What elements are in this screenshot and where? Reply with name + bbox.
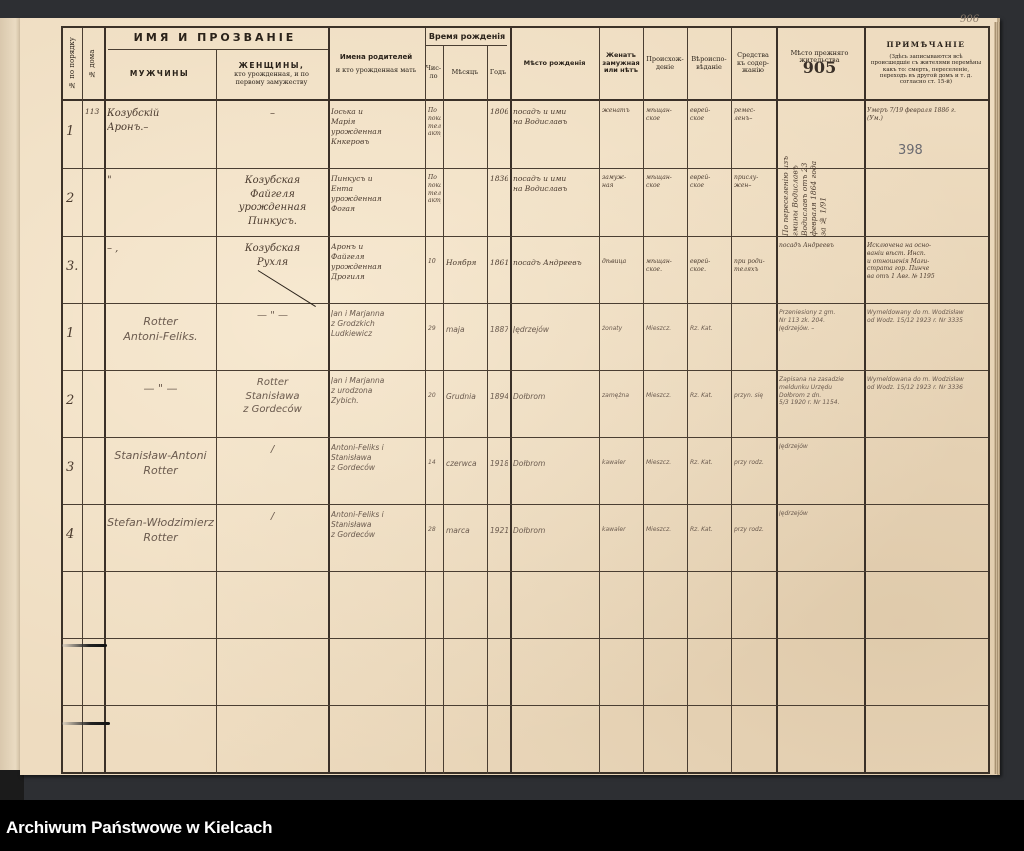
cell-women: – — [219, 107, 326, 166]
cell-day: 10 — [428, 258, 441, 317]
header-parents-title: Имена родителей — [340, 53, 412, 61]
cell-notes: Исключена на осно- ваніи вѣст. Инсп. и о… — [867, 242, 986, 301]
column-divider — [510, 28, 512, 774]
cell-prev-residence-vertical: По переселенію изъ гмины Водиславъ Водис… — [781, 108, 859, 236]
cell-seq: 2 — [66, 190, 80, 250]
cell-parents: Jan i Marjanna z urodzona Zybich. — [331, 376, 423, 435]
header-prev-residence: Мѣсто прежняго жительства 905 — [776, 28, 863, 99]
cell-birthplace: Dołbrom — [513, 459, 597, 518]
cell-religion: Rz. Kat. — [690, 392, 729, 451]
header-parents-subtitle: и кто урожденная мать — [336, 67, 417, 74]
header-house-number: № дома — [82, 28, 102, 99]
cell-year: 1921 — [490, 526, 508, 585]
cell-prev-residence: Zapisana na zasadzie meldunku Urzędu Doł… — [779, 376, 862, 435]
cell-month: marca — [446, 526, 485, 585]
cell-year: 1918 — [490, 459, 508, 518]
binding-thread-bottom — [62, 722, 110, 725]
cell-origin — [646, 593, 685, 652]
header-month: Мѣсяцъ — [443, 46, 487, 99]
cell-parents — [331, 577, 423, 636]
header-women-subtitle: кто урожденная, и по первому замужеству — [216, 70, 327, 87]
column-divider — [487, 46, 488, 774]
cell-birthplace: Dołbrom — [513, 392, 597, 451]
cell-month — [446, 660, 485, 719]
cell-religion: еврей- ское — [690, 174, 729, 234]
cell-men: – , — [107, 242, 214, 301]
cell-year: 1861 — [490, 258, 508, 317]
cell-men — [107, 650, 214, 709]
cell-day — [428, 660, 441, 719]
header-parents: Имена родителей и кто урожденная мать — [328, 28, 424, 99]
column-divider — [776, 28, 778, 774]
cell-birthplace: посадъ и ими на Водиславъ — [513, 107, 597, 166]
cell-month: Ноября — [446, 258, 485, 317]
cell-house — [85, 510, 102, 569]
cell-prev-residence: Przeniesiony z gm. Nr 113 zk. 204. Jędrz… — [779, 309, 862, 368]
header-notes: ПРИМѢЧАНІЕ (Здѣсь записываются всѣ проис… — [864, 28, 988, 99]
cell-religion — [690, 593, 729, 652]
header-seq-number: № по порядку — [63, 28, 81, 99]
cell-women: Rotter Stanisława z Gordeców — [219, 376, 326, 435]
archive-name: Archiwum Państwowe w Kielcach — [6, 818, 272, 838]
header-birthplace: Мѣсто рожденія — [511, 28, 598, 99]
cell-married: дѣвица — [602, 258, 641, 317]
column-divider — [82, 28, 83, 774]
pencil-annotation: 398 — [898, 143, 923, 158]
scan-background: 906 № по порядку № дома ИМЯ И ПРОЗВАНІЕ … — [0, 0, 1024, 800]
cell-birthplace: посадъ и ими на Водиславъ — [513, 174, 597, 234]
cell-notes: Умеръ 7/19 февраля 1886 г. (Ум.) — [867, 107, 986, 166]
cell-day: 14 — [428, 459, 441, 518]
column-divider — [216, 50, 217, 774]
cell-origin: Mieszcz. — [646, 526, 685, 585]
population-register-table: № по порядку № дома ИМЯ И ПРОЗВАНІЕ МУЖЧ… — [61, 26, 990, 774]
cell-means: przyn. się — [734, 392, 774, 451]
cell-notes — [867, 443, 986, 502]
header-name-group: ИМЯ И ПРОЗВАНІЕ — [104, 28, 326, 48]
cell-men: Rotter Antoni-Feliks. — [107, 315, 214, 374]
cell-means — [734, 660, 774, 719]
header-religion: Вѣроиспо-вѣданіе — [687, 28, 731, 99]
cell-seq: 1 — [66, 325, 80, 384]
archive-footer: Archiwum Państwowe w Kielcach — [0, 800, 1024, 851]
cell-year — [490, 660, 508, 719]
column-divider — [425, 28, 426, 774]
cell-origin: мѣщан- ское — [646, 174, 685, 234]
cell-women: / — [219, 443, 326, 502]
cell-birthplace — [513, 660, 597, 719]
cell-month: maja — [446, 325, 485, 384]
cell-parents: Antoni-Feliks i Stanisława z Gordeców — [331, 510, 423, 569]
cell-religion: Rz. Kat. — [690, 526, 729, 585]
header-notes-subtitle: (Здѣсь записываются всѣ происшедшіе съ ж… — [864, 50, 988, 86]
header-women-title: ЖЕНЩИНЫ, — [239, 62, 305, 71]
column-divider — [599, 28, 600, 774]
cell-women: Козубская Рухля — [219, 242, 326, 301]
cell-parents: Antoni-Feliks i Stanisława z Gordeców — [331, 443, 423, 502]
cell-married: kawaler — [602, 459, 641, 518]
cell-religion: еврей- ское — [690, 107, 729, 166]
cell-house — [85, 376, 102, 435]
cell-prev-residence: посадъ Андреевъ — [779, 242, 862, 301]
cell-year: 1836 — [490, 174, 508, 234]
cell-origin — [646, 660, 685, 719]
cell-house — [85, 443, 102, 502]
cell-married: żonaty — [602, 325, 641, 384]
cell-origin: Mieszcz. — [646, 392, 685, 451]
header-origin: Происхож-деніе — [643, 28, 687, 99]
cell-married: замуж- ная — [602, 174, 641, 234]
cell-house — [85, 309, 102, 368]
cell-day: 29 — [428, 325, 441, 384]
cell-men: " — [107, 174, 214, 234]
cell-house — [85, 644, 102, 703]
cell-notes — [867, 174, 986, 234]
cell-origin: мѣщан- ское. — [646, 258, 685, 317]
binding-thread-top — [62, 644, 107, 647]
column-divider — [643, 28, 644, 774]
cell-means: прислу- жен– — [734, 174, 774, 234]
cell-parents: Іоська и Марія урожденная Кнкеровъ — [331, 107, 423, 166]
page-corner-number: 906 — [960, 14, 979, 25]
row-divider — [63, 236, 988, 237]
cell-parents — [331, 644, 423, 703]
cell-married — [602, 660, 641, 719]
cell-parents: Аронъ и Файгеля урожденная Дрогиля — [331, 242, 423, 301]
header-year: Годъ — [487, 46, 509, 99]
column-divider — [328, 28, 330, 774]
cell-married — [602, 593, 641, 652]
cell-means: przy rodz. — [734, 526, 774, 585]
cell-men: — " — — [107, 382, 214, 441]
header-means: Средства къ содер-жанію — [731, 28, 775, 99]
cell-year — [490, 593, 508, 652]
cell-means: przy rodz. — [734, 459, 774, 518]
cell-seq: 4 — [66, 526, 80, 585]
cell-notes — [867, 510, 986, 569]
cell-notes — [867, 644, 986, 703]
column-divider — [104, 28, 106, 774]
cell-women: Козубская Файгеля урожденная Пинкусъ. — [219, 174, 326, 234]
cell-women — [219, 577, 326, 636]
cell-year: 1887 — [490, 325, 508, 384]
cell-seq — [66, 660, 80, 719]
cell-birthplace: Dołbrom — [513, 526, 597, 585]
cell-women — [219, 644, 326, 703]
cell-parents: Jan i Marjanna z Grodzkich Ludkiewicz — [331, 309, 423, 368]
header-men: МУЖЧИНЫ — [104, 50, 215, 99]
page-stack-edge — [994, 22, 1000, 774]
cell-prev-residence: Jędrzejów — [779, 443, 862, 502]
header-notes-title: ПРИМѢЧАНІЕ — [887, 41, 966, 50]
cell-married: женатъ — [602, 107, 641, 166]
cell-notes: Wymeldowany do m. Wodzisław od Wodz. 15/… — [867, 309, 986, 368]
header-birth-group: Время рожденія — [425, 28, 509, 45]
cell-prev-residence — [779, 577, 862, 636]
cell-house: 113 — [85, 107, 102, 166]
cell-month — [446, 107, 485, 166]
cell-means — [734, 325, 774, 384]
cell-religion: Rz. Kat. — [690, 325, 729, 384]
cell-month: czerwca — [446, 459, 485, 518]
header-day: Чис-ло — [425, 46, 442, 99]
cell-house — [85, 174, 102, 234]
cell-means: при роди- теляхъ — [734, 258, 774, 317]
cell-birthplace: Jędrzejów — [513, 325, 597, 384]
column-divider — [864, 28, 866, 774]
column-divider — [731, 28, 732, 774]
cell-parents: Пинкусъ и Ента урожденная Фогая — [331, 174, 423, 234]
cell-women: / — [219, 510, 326, 569]
header-women: ЖЕНЩИНЫ, кто урожденная, и по первому за… — [216, 50, 327, 99]
cell-day: По показа- тельному акту — [428, 107, 441, 166]
cell-origin: Mieszcz. — [646, 325, 685, 384]
cell-seq: 3 — [66, 459, 80, 518]
cell-house — [85, 242, 102, 301]
cell-day: 28 — [428, 526, 441, 585]
cell-religion: Rz. Kat. — [690, 459, 729, 518]
cell-year: 1894 — [490, 392, 508, 451]
cell-married: zamężna — [602, 392, 641, 451]
column-divider — [687, 28, 688, 774]
cell-seq: 3. — [66, 258, 80, 317]
cell-seq: 2 — [66, 392, 80, 451]
cell-means — [734, 593, 774, 652]
cell-prev-residence — [779, 644, 862, 703]
cell-prev-residence: Jędrzejów — [779, 510, 862, 569]
cell-birthplace: посадъ Андреевъ — [513, 258, 597, 317]
cell-origin: Mieszcz. — [646, 459, 685, 518]
cell-birthplace — [513, 593, 597, 652]
cell-religion — [690, 660, 729, 719]
cell-men: Stanisław-Antoni Rotter — [107, 449, 214, 508]
cell-day — [428, 593, 441, 652]
cell-notes — [867, 577, 986, 636]
cell-men: Stefan-Włodzimierz Rotter — [107, 516, 214, 575]
header-bottom-rule — [63, 99, 988, 101]
cell-month — [446, 174, 485, 234]
cell-means: ремес- ленъ– — [734, 107, 774, 166]
cell-day: 20 — [428, 392, 441, 451]
column-divider — [443, 46, 444, 774]
cell-day: По показа- тельному акту — [428, 174, 441, 234]
cell-religion: еврей- ское. — [690, 258, 729, 317]
cell-married: kawaler — [602, 526, 641, 585]
cell-month — [446, 593, 485, 652]
cell-seq: 1 — [66, 123, 80, 182]
stamp-number: 905 — [803, 59, 836, 77]
cell-origin: мѣщан- ское — [646, 107, 685, 166]
cell-house — [85, 577, 102, 636]
cell-men — [107, 583, 214, 642]
header-married: Женатъ замужная или нѣтъ — [599, 28, 643, 99]
cell-month: Grudnia — [446, 392, 485, 451]
cell-men: Козубскій Аронъ.– — [107, 107, 214, 166]
cell-women: — " — — [219, 309, 326, 368]
cell-year: 1806 — [490, 107, 508, 166]
cell-notes: Wymeldowana do m. Wodzisław od Wodz. 15/… — [867, 376, 986, 435]
